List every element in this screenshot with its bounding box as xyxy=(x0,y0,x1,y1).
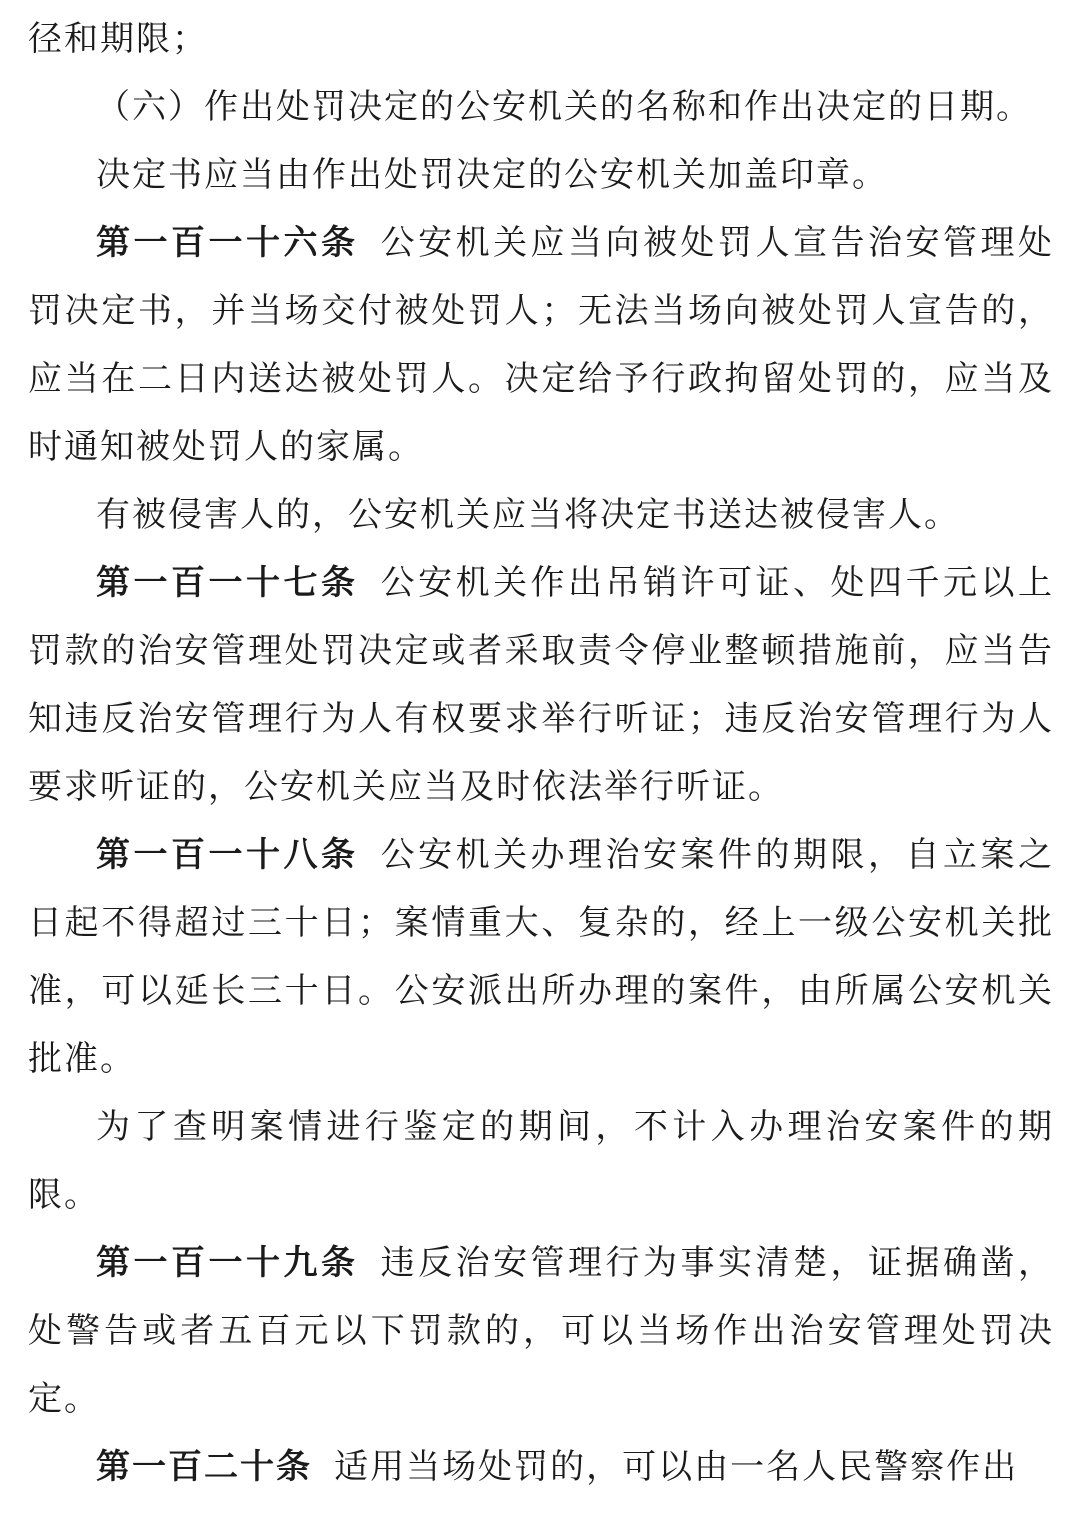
article-number: 第一百一十九条 xyxy=(96,1245,358,1282)
article-number: 第一百一十七条 xyxy=(96,565,358,602)
article-paragraph: 第一百一十七条公安机关作出吊销许可证、处四千元以上罚款的治安管理处罚决定或者采取… xyxy=(28,550,1054,822)
document-page: 径和期限；（六）作出处罚决定的公安机关的名称和作出决定的日期。决定书应当由作出处… xyxy=(0,0,1080,1523)
paragraph-text: 决定书应当由作出处罚决定的公安机关加盖印章。 xyxy=(96,157,888,194)
paragraph-text: 为了查明案情进行鉴定的期间，不计入办理治安案件的期限。 xyxy=(28,1109,1054,1214)
paragraph-text: （六）作出处罚决定的公安机关的名称和作出决定的日期。 xyxy=(96,89,1032,126)
article-paragraph: 第一百二十条适用当场处罚的，可以由一名人民警察作出 xyxy=(28,1434,1054,1502)
article-number: 第一百一十八条 xyxy=(96,837,358,874)
paragraph: （六）作出处罚决定的公安机关的名称和作出决定的日期。 xyxy=(28,74,1054,142)
paragraph: 径和期限； xyxy=(28,6,1054,74)
article-number: 第一百一十六条 xyxy=(96,225,358,262)
paragraph: 决定书应当由作出处罚决定的公安机关加盖印章。 xyxy=(28,142,1054,210)
article-paragraph: 第一百一十八条公安机关办理治安案件的期限，自立案之日起不得超过三十日；案情重大、… xyxy=(28,822,1054,1094)
paragraph-text: 适用当场处罚的，可以由一名人民警察作出 xyxy=(334,1449,1018,1486)
paragraph: 有被侵害人的，公安机关应当将决定书送达被侵害人。 xyxy=(28,482,1054,550)
article-paragraph: 第一百一十九条违反治安管理行为事实清楚，证据确凿，处警告或者五百元以下罚款的，可… xyxy=(28,1230,1054,1434)
article-paragraph: 第一百一十六条公安机关应当向被处罚人宣告治安管理处罚决定书，并当场交付被处罚人；… xyxy=(28,210,1054,482)
article-number: 第一百二十条 xyxy=(96,1449,312,1486)
paragraph: 为了查明案情进行鉴定的期间，不计入办理治安案件的期限。 xyxy=(28,1094,1054,1230)
paragraph-container: 径和期限；（六）作出处罚决定的公安机关的名称和作出决定的日期。决定书应当由作出处… xyxy=(28,6,1054,1502)
paragraph-text: 有被侵害人的，公安机关应当将决定书送达被侵害人。 xyxy=(96,497,960,534)
paragraph-text: 径和期限； xyxy=(28,21,208,58)
